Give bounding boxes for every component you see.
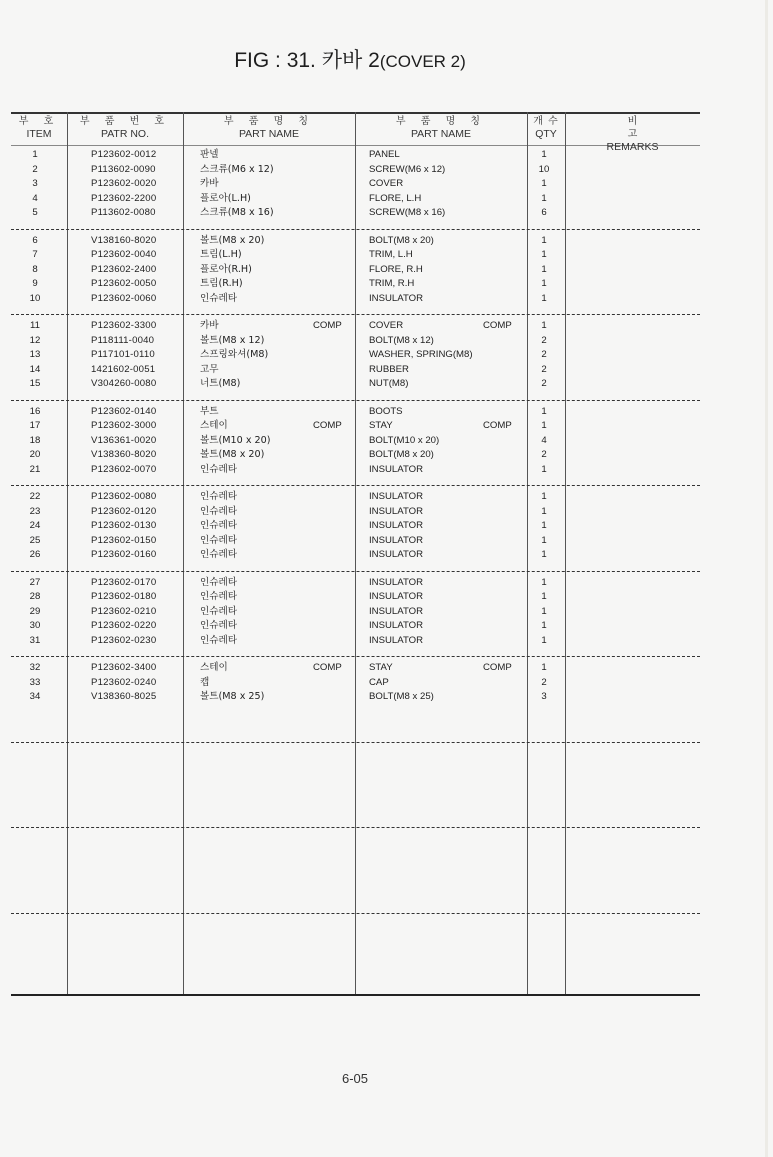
part-name-ko: 인슈레타 [200, 634, 237, 648]
part-number: P123602-0180 [91, 590, 156, 604]
part-name-en: SCREW(M8 x 16) [369, 206, 445, 220]
table-row: 24P123602-0130인슈레타INSULATOR1 [11, 519, 700, 534]
item-number: 32 [11, 661, 59, 675]
part-name-en: STAY [369, 419, 393, 433]
item-number: 1 [11, 148, 59, 162]
part-name-ko: 판넬 [200, 148, 219, 162]
table-row: 22P123602-0080인슈레타INSULATOR1 [11, 490, 700, 505]
table-row: 15V304260-0080너트(M8)NUT(M8)2 [11, 377, 700, 392]
item-number: 23 [11, 505, 59, 519]
part-name-ko: 인슈레타 [200, 605, 237, 619]
part-name-en: FLORE, L.H [369, 192, 421, 206]
part-name-ko: 부트 [200, 405, 219, 419]
quantity: 3 [527, 690, 561, 704]
part-number: V138360-8020 [91, 448, 156, 462]
header-part-no-en: PATR NO. [67, 128, 183, 141]
item-number: 15 [11, 377, 59, 391]
comp-tag-ko: COMP [313, 661, 342, 675]
figure-subtitle: (COVER 2) [380, 52, 466, 71]
table-bottom-rule [11, 994, 700, 996]
part-number: P113602-0090 [91, 163, 156, 177]
group-separator [11, 314, 700, 315]
part-name-en: INSULATOR [369, 292, 423, 306]
part-number: P123602-0120 [91, 505, 156, 519]
part-name-ko: 볼트(M10 x 20) [200, 434, 271, 448]
table-row: 27P123602-0170인슈레타INSULATOR1 [11, 576, 700, 591]
item-number: 4 [11, 192, 59, 206]
part-name-ko: 인슈레타 [200, 548, 237, 562]
part-number: P123602-0140 [91, 405, 156, 419]
part-number: P117101-0110 [91, 348, 155, 362]
part-name-en: COVER [369, 177, 403, 191]
header-item: 부 호 ITEM [11, 115, 67, 141]
table-row: 13P117101-0110스프링와셔(M8)WASHER, SPRING(M8… [11, 348, 700, 363]
comp-tag-en: COMP [483, 319, 512, 333]
quantity: 2 [527, 377, 561, 391]
table-row: 20V138360-8020볼트(M8 x 20)BOLT(M8 x 20)2 [11, 448, 700, 463]
part-number: P123602-2200 [91, 192, 156, 206]
item-number: 22 [11, 490, 59, 504]
group-separator [11, 742, 700, 743]
part-name-ko: 인슈레타 [200, 590, 237, 604]
page-number: 6-05 [300, 1071, 410, 1086]
item-number: 29 [11, 605, 59, 619]
part-number: P123602-0012 [91, 148, 156, 162]
item-number: 9 [11, 277, 59, 291]
part-number: P123602-0130 [91, 519, 156, 533]
quantity: 2 [527, 363, 561, 377]
table-row: 17P123602-3000스테이COMPSTAYCOMP1 [11, 419, 700, 434]
table-row: 1P123602-0012판넬PANEL1 [11, 148, 700, 163]
comp-tag-en: COMP [483, 661, 512, 675]
part-name-en: BOLT(M8 x 12) [369, 334, 434, 348]
header-qty-en: QTY [527, 128, 565, 141]
part-name-ko: 트림(R.H) [200, 277, 243, 291]
header-item-en: ITEM [11, 128, 67, 141]
part-name-ko: 카바 [200, 319, 219, 333]
part-name-en: INSULATOR [369, 605, 423, 619]
quantity: 2 [527, 448, 561, 462]
header-item-ko: 부 호 [11, 115, 67, 128]
part-name-en: INSULATOR [369, 534, 423, 548]
part-number: P123602-0070 [91, 463, 156, 477]
group-separator [11, 656, 700, 657]
part-name-en: TRIM, L.H [369, 248, 413, 262]
part-number: P123602-0230 [91, 634, 156, 648]
quantity: 1 [527, 192, 561, 206]
item-number: 16 [11, 405, 59, 419]
group-separator [11, 400, 700, 401]
part-name-ko: 인슈레타 [200, 463, 237, 477]
part-name-en: STAY [369, 661, 393, 675]
quantity: 1 [527, 234, 561, 248]
part-name-en: INSULATOR [369, 519, 423, 533]
part-name-en: INSULATOR [369, 634, 423, 648]
quantity: 1 [527, 519, 561, 533]
comp-tag-ko: COMP [313, 419, 342, 433]
part-name-ko: 인슈레타 [200, 490, 237, 504]
part-name-ko: 카바 [200, 177, 219, 191]
quantity: 1 [527, 505, 561, 519]
item-number: 8 [11, 263, 59, 277]
part-number: P123602-0020 [91, 177, 156, 191]
quantity: 1 [527, 534, 561, 548]
part-name-en: PANEL [369, 148, 400, 162]
part-name-ko: 너트(M8) [200, 377, 240, 391]
table-row: 11P123602-3300카바COMPCOVERCOMP1 [11, 319, 700, 334]
table-row: 21P123602-0070인슈레타INSULATOR1 [11, 463, 700, 478]
part-number: V304260-0080 [91, 377, 156, 391]
header-part-no: 부 품 번 호 PATR NO. [67, 115, 183, 141]
table-row: 30P123602-0220인슈레타INSULATOR1 [11, 619, 700, 634]
part-name-en: BOLT(M8 x 25) [369, 690, 434, 704]
item-number: 18 [11, 434, 59, 448]
part-name-en: WASHER, SPRING(M8) [369, 348, 473, 362]
table-row: 12P118111-0040볼트(M8 x 12)BOLT(M8 x 12)2 [11, 334, 700, 349]
table-row: 2P113602-0090스크류(M6 x 12)SCREW(M6 x 12)1… [11, 163, 700, 178]
item-number: 26 [11, 548, 59, 562]
quantity: 1 [527, 405, 561, 419]
quantity: 1 [527, 277, 561, 291]
part-number: P113602-0080 [91, 206, 156, 220]
parts-table: 부 호 ITEM 부 품 번 호 PATR NO. 부 품 명 칭 PART N… [11, 112, 700, 996]
part-name-en: INSULATOR [369, 548, 423, 562]
part-name-en: BOOTS [369, 405, 403, 419]
part-number: P118111-0040 [91, 334, 154, 348]
quantity: 1 [527, 177, 561, 191]
table-row: 9P123602-0050트림(R.H)TRIM, R.H1 [11, 277, 700, 292]
part-name-en: BOLT(M8 x 20) [369, 448, 434, 462]
part-number: P123602-2400 [91, 263, 156, 277]
part-name-en: INSULATOR [369, 619, 423, 633]
part-name-ko: 스테이 [200, 661, 228, 675]
quantity: 1 [527, 590, 561, 604]
item-number: 28 [11, 590, 59, 604]
quantity: 2 [527, 676, 561, 690]
part-name-ko: 인슈레타 [200, 505, 237, 519]
part-name-ko: 볼트(M8 x 12) [200, 334, 264, 348]
header-part-name-en-en: PART NAME [355, 128, 527, 141]
table-row: 18V136361-0020볼트(M10 x 20)BOLT(M10 x 20)… [11, 434, 700, 449]
part-number: P123602-0220 [91, 619, 156, 633]
part-name-ko: 스크류(M8 x 16) [200, 206, 274, 220]
item-number: 33 [11, 676, 59, 690]
item-number: 10 [11, 292, 59, 306]
group-separator [11, 571, 700, 572]
header-part-name-ko-en: PART NAME [183, 128, 355, 141]
table-row: 32P123602-3400스테이COMPSTAYCOMP1 [11, 661, 700, 676]
part-number: V138360-8025 [91, 690, 156, 704]
part-name-ko: 볼트(M8 x 20) [200, 448, 264, 462]
part-name-en: INSULATOR [369, 490, 423, 504]
header-part-no-ko: 부 품 번 호 [67, 115, 183, 128]
quantity: 6 [527, 206, 561, 220]
table-row: 28P123602-0180인슈레타INSULATOR1 [11, 590, 700, 605]
table-row: 25P123602-0150인슈레타INSULATOR1 [11, 534, 700, 549]
part-name-ko: 인슈레타 [200, 619, 237, 633]
part-number: P123602-3000 [91, 419, 156, 433]
quantity: 1 [527, 605, 561, 619]
part-name-en: INSULATOR [369, 505, 423, 519]
quantity: 1 [527, 576, 561, 590]
part-name-en: INSULATOR [369, 463, 423, 477]
table-row: 29P123602-0210인슈레타INSULATOR1 [11, 605, 700, 620]
group-separator [11, 485, 700, 486]
item-number: 3 [11, 177, 59, 191]
header-remarks-ko: 비 고 [565, 115, 700, 141]
part-name-en: BOLT(M10 x 20) [369, 434, 439, 448]
part-name-en: COVER [369, 319, 403, 333]
table-row: 26P123602-0160인슈레타INSULATOR1 [11, 548, 700, 563]
item-number: 2 [11, 163, 59, 177]
table-row: 31P123602-0230인슈레타INSULATOR1 [11, 634, 700, 649]
table-row: 34V138360-8025볼트(M8 x 25)BOLT(M8 x 25)3 [11, 690, 700, 705]
table-row: 141421602-0051고무RUBBER2 [11, 363, 700, 378]
part-number: P123602-0080 [91, 490, 156, 504]
part-name-en: SCREW(M6 x 12) [369, 163, 445, 177]
quantity: 1 [527, 548, 561, 562]
group-separator [11, 229, 700, 230]
part-name-ko: 플로아(L.H) [200, 192, 251, 206]
table-row: 3P123602-0020카바COVER1 [11, 177, 700, 192]
quantity: 1 [527, 490, 561, 504]
part-number: P123602-0150 [91, 534, 156, 548]
part-name-ko: 캡 [200, 676, 209, 690]
part-name-en: BOLT(M8 x 20) [369, 234, 434, 248]
table-row: 6V138160-8020볼트(M8 x 20)BOLT(M8 x 20)1 [11, 234, 700, 249]
part-name-ko: 인슈레타 [200, 292, 237, 306]
item-number: 6 [11, 234, 59, 248]
part-name-ko: 인슈레타 [200, 534, 237, 548]
item-number: 12 [11, 334, 59, 348]
part-name-ko: 인슈레타 [200, 519, 237, 533]
group-separator [11, 827, 700, 828]
part-number: P123602-3300 [91, 319, 156, 333]
table-row: 5P113602-0080스크류(M8 x 16)SCREW(M8 x 16)6 [11, 206, 700, 221]
part-number: V138160-8020 [91, 234, 156, 248]
part-name-en: FLORE, R.H [369, 263, 423, 277]
part-name-ko: 인슈레타 [200, 576, 237, 590]
table-row: 23P123602-0120인슈레타INSULATOR1 [11, 505, 700, 520]
quantity: 1 [527, 319, 561, 333]
comp-tag-ko: COMP [313, 319, 342, 333]
item-number: 7 [11, 248, 59, 262]
item-number: 21 [11, 463, 59, 477]
part-name-ko: 스프링와셔(M8) [200, 348, 268, 362]
item-number: 34 [11, 690, 59, 704]
quantity: 1 [527, 248, 561, 262]
item-number: 20 [11, 448, 59, 462]
header-part-name-ko-ko: 부 품 명 칭 [183, 115, 355, 128]
part-name-en: INSULATOR [369, 590, 423, 604]
page-title: FIG : 31. 카바 2(COVER 2) [0, 44, 700, 74]
figure-title: FIG : 31. 카바 2 [234, 49, 380, 72]
part-number: P123602-0210 [91, 605, 156, 619]
table-row: 7P123602-0040트림(L.H)TRIM, L.H1 [11, 248, 700, 263]
quantity: 1 [527, 463, 561, 477]
quantity: 1 [527, 292, 561, 306]
item-number: 14 [11, 363, 59, 377]
quantity: 2 [527, 348, 561, 362]
quantity: 4 [527, 434, 561, 448]
table-row: 4P123602-2200플로아(L.H)FLORE, L.H1 [11, 192, 700, 207]
item-number: 25 [11, 534, 59, 548]
item-number: 30 [11, 619, 59, 633]
part-name-en: CAP [369, 676, 389, 690]
quantity: 1 [527, 148, 561, 162]
part-number: P123602-3400 [91, 661, 156, 675]
part-name-ko: 볼트(M8 x 20) [200, 234, 264, 248]
comp-tag-en: COMP [483, 419, 512, 433]
quantity: 2 [527, 334, 561, 348]
part-name-en: TRIM, R.H [369, 277, 414, 291]
part-name-en: NUT(M8) [369, 377, 408, 391]
part-name-ko: 스크류(M6 x 12) [200, 163, 274, 177]
header-part-name-ko: 부 품 명 칭 PART NAME [183, 115, 355, 141]
part-name-ko: 트림(L.H) [200, 248, 242, 262]
header-qty: 개 수 QTY [527, 115, 565, 141]
quantity: 1 [527, 634, 561, 648]
table-row: 8P123602-2400플로아(R.H)FLORE, R.H1 [11, 263, 700, 278]
quantity: 1 [527, 619, 561, 633]
table-row: 10P123602-0060인슈레타INSULATOR1 [11, 292, 700, 307]
item-number: 31 [11, 634, 59, 648]
quantity: 1 [527, 661, 561, 675]
part-number: P123602-0240 [91, 676, 156, 690]
part-name-en: INSULATOR [369, 576, 423, 590]
table-row: 16P123602-0140부트BOOTS1 [11, 405, 700, 420]
part-number: 1421602-0051 [91, 363, 155, 377]
group-separator [11, 913, 700, 914]
part-number: P123602-0040 [91, 248, 156, 262]
quantity: 1 [527, 419, 561, 433]
item-number: 11 [11, 319, 59, 333]
item-number: 27 [11, 576, 59, 590]
scan-edge [765, 0, 768, 1157]
part-number: P123602-0060 [91, 292, 156, 306]
part-name-en: RUBBER [369, 363, 409, 377]
part-name-ko: 플로아(R.H) [200, 263, 252, 277]
quantity: 10 [527, 163, 561, 177]
part-number: P123602-0160 [91, 548, 156, 562]
part-name-ko: 스테이 [200, 419, 228, 433]
header-part-name-en-ko: 부 품 명 칭 [355, 115, 527, 128]
item-number: 13 [11, 348, 59, 362]
part-number: V136361-0020 [91, 434, 156, 448]
header-qty-ko: 개 수 [527, 115, 565, 128]
table-row: 33P123602-0240캡CAP2 [11, 676, 700, 691]
part-number: P123602-0170 [91, 576, 156, 590]
part-name-ko: 고무 [200, 363, 219, 377]
quantity: 1 [527, 263, 561, 277]
item-number: 17 [11, 419, 59, 433]
header-part-name-en: 부 품 명 칭 PART NAME [355, 115, 527, 141]
item-number: 24 [11, 519, 59, 533]
item-number: 5 [11, 206, 59, 220]
part-number: P123602-0050 [91, 277, 156, 291]
part-name-ko: 볼트(M8 x 25) [200, 690, 264, 704]
